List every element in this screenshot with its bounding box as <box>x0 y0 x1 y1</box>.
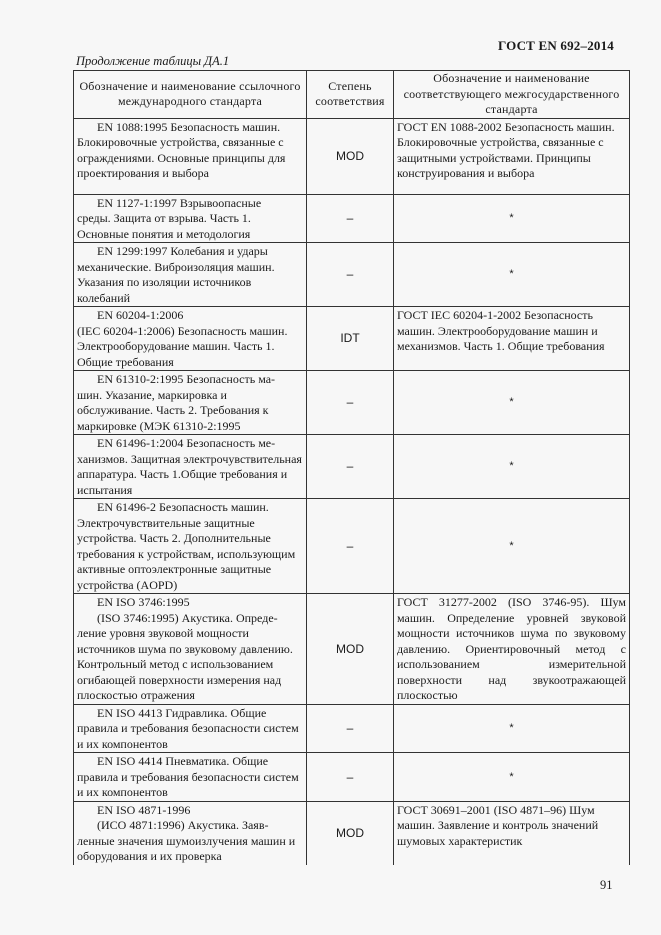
degree-of-conformity-cell: MOD <box>307 801 394 865</box>
international-standard-title: шин. Указание, маркировка и обслуживание… <box>77 388 268 433</box>
interstate-standard-cell: * <box>394 435 630 499</box>
table-row: EN ISO 4414 Пневматика. Общие правила и … <box>74 753 630 802</box>
international-standard-title: ханизмов. Защитная электрочувствительная… <box>77 452 302 497</box>
international-standard-subtitle: (ISO 3746:1995) Акустика. Опреде- <box>77 611 303 627</box>
international-standard-title: Блокировочные устройства, связанные с ог… <box>77 135 285 180</box>
table-row: EN 61496-2 Безопасность машин. Электрочу… <box>74 499 630 594</box>
international-standard-code: EN 60204-1:2006 <box>77 308 303 324</box>
international-standard-code: EN ISO 4414 Пневматика. Общие <box>77 754 303 770</box>
table-row: EN 1299:1997 Колебания и удары механичес… <box>74 243 630 307</box>
page-number: 91 <box>600 878 613 893</box>
interstate-standard-cell: * <box>394 704 630 753</box>
table-row: EN ISO 4413 Гидравлика. Общие правила и … <box>74 704 630 753</box>
degree-of-conformity-cell: – <box>307 499 394 594</box>
international-standard-cell: EN 61496-1:2004 Безопасность ме- ханизмо… <box>74 435 307 499</box>
interstate-standard-cell: ГОСТ 30691–2001 (ISO 4871–96) Шум машин.… <box>394 801 630 865</box>
standards-correspondence-table: Обозначение и наименование ссылочного ме… <box>73 70 630 865</box>
degree-of-conformity-cell: MOD <box>307 594 394 705</box>
table-row: EN 61496-1:2004 Безопасность ме- ханизмо… <box>74 435 630 499</box>
international-standard-subtitle: (ИСО 4871:1996) Акустика. Заяв- <box>77 818 303 834</box>
international-standard-code: EN 61496-1:2004 Безопасность ме- <box>77 436 303 452</box>
interstate-standard-cell: * <box>394 194 630 243</box>
table-header-row: Обозначение и наименование ссылочного ме… <box>74 71 630 119</box>
table-row: EN 60204-1:2006 (IEC 60204-1:2006) Безоп… <box>74 307 630 371</box>
international-standard-title: ленные значения шумоизлучения машин и об… <box>77 834 295 864</box>
international-standard-cell: EN 61496-2 Безопасность машин. Электрочу… <box>74 499 307 594</box>
international-standard-cell: EN ISO 3746:1995 (ISO 3746:1995) Акустик… <box>74 594 307 705</box>
interstate-standard-cell: * <box>394 499 630 594</box>
international-standard-cell: EN ISO 4871-1996 (ИСО 4871:1996) Акустик… <box>74 801 307 865</box>
international-standard-code: EN 61496-2 Безопасность машин. <box>77 500 303 516</box>
international-standard-code: EN ISO 4871-1996 <box>77 803 303 819</box>
international-standard-cell: EN 60204-1:2006 (IEC 60204-1:2006) Безоп… <box>74 307 307 371</box>
international-standard-title: механические. Виброизоляция машин. Указа… <box>77 260 275 305</box>
table-row: EN 1127-1:1997 Взрывоопасные среды. Защи… <box>74 194 630 243</box>
international-standard-code: EN ISO 4413 Гидравлика. Общие <box>77 706 303 722</box>
degree-of-conformity-cell: – <box>307 371 394 435</box>
international-standard-cell: EN ISO 4414 Пневматика. Общие правила и … <box>74 753 307 802</box>
international-standard-cell: EN 61310-2:1995 Безопасность ма- шин. Ук… <box>74 371 307 435</box>
international-standard-code: EN ISO 3746:1995 <box>77 595 303 611</box>
document-standard-header: ГОСТ EN 692–2014 <box>498 38 614 54</box>
international-standard-cell: EN 1088:1995 Безопасность машин. Блокиро… <box>74 118 307 194</box>
interstate-standard-cell: * <box>394 753 630 802</box>
international-standard-title: (IEC 60204-1:2006) Безопасность машин. Э… <box>77 324 287 369</box>
degree-of-conformity-cell: – <box>307 243 394 307</box>
table-row: EN 1088:1995 Безопасность машин. Блокиро… <box>74 118 630 194</box>
degree-of-conformity-cell: – <box>307 435 394 499</box>
column-header-international-standard: Обозначение и наименование ссылочного ме… <box>74 71 307 119</box>
degree-of-conformity-cell: MOD <box>307 118 394 194</box>
international-standard-code: EN 1127-1:1997 Взрывоопасные <box>77 196 303 212</box>
international-standard-title: Электрочувствительные защитные устройств… <box>77 516 295 592</box>
international-standard-cell: EN 1127-1:1997 Взрывоопасные среды. Защи… <box>74 194 307 243</box>
table-row: EN ISO 4871-1996 (ИСО 4871:1996) Акустик… <box>74 801 630 865</box>
table-row: EN ISO 3746:1995 (ISO 3746:1995) Акустик… <box>74 594 630 705</box>
table-caption: Продолжение таблицы ДА.1 <box>76 54 229 69</box>
international-standard-code: EN 1299:1997 Колебания и удары <box>77 244 303 260</box>
interstate-standard-cell: ГОСТ IEC 60204-1-2002 Безопасность машин… <box>394 307 630 371</box>
degree-of-conformity-cell: – <box>307 753 394 802</box>
international-standard-title: ление уровня звуковой мощности источнико… <box>77 626 293 702</box>
interstate-standard-cell: ГОСТ 31277-2002 (ISO 3746-95). Шум машин… <box>394 594 630 705</box>
degree-of-conformity-cell: – <box>307 194 394 243</box>
international-standard-title: правила и требования безопасности систем… <box>77 721 299 751</box>
international-standard-title: среды. Защита от взрыва. Часть 1. Основн… <box>77 211 251 241</box>
interstate-standard-cell: ГОСТ EN 1088-2002 Безопасность машин. Бл… <box>394 118 630 194</box>
column-header-degree-of-conformity: Степень соответствия <box>307 71 394 119</box>
table-row: EN 61310-2:1995 Безопасность ма- шин. Ук… <box>74 371 630 435</box>
table-body: EN 1088:1995 Безопасность машин. Блокиро… <box>74 118 630 865</box>
interstate-standard-cell: * <box>394 243 630 307</box>
international-standard-cell: EN 1299:1997 Колебания и удары механичес… <box>74 243 307 307</box>
international-standard-code: EN 1088:1995 Безопасность машин. <box>77 120 303 136</box>
international-standard-title: правила и требования безопасности систем… <box>77 770 299 800</box>
international-standard-code: EN 61310-2:1995 Безопасность ма- <box>77 372 303 388</box>
interstate-standard-cell: * <box>394 371 630 435</box>
degree-of-conformity-cell: – <box>307 704 394 753</box>
column-header-interstate-standard: Обозначение и наименование соответствующ… <box>394 71 630 119</box>
degree-of-conformity-cell: IDT <box>307 307 394 371</box>
international-standard-cell: EN ISO 4413 Гидравлика. Общие правила и … <box>74 704 307 753</box>
